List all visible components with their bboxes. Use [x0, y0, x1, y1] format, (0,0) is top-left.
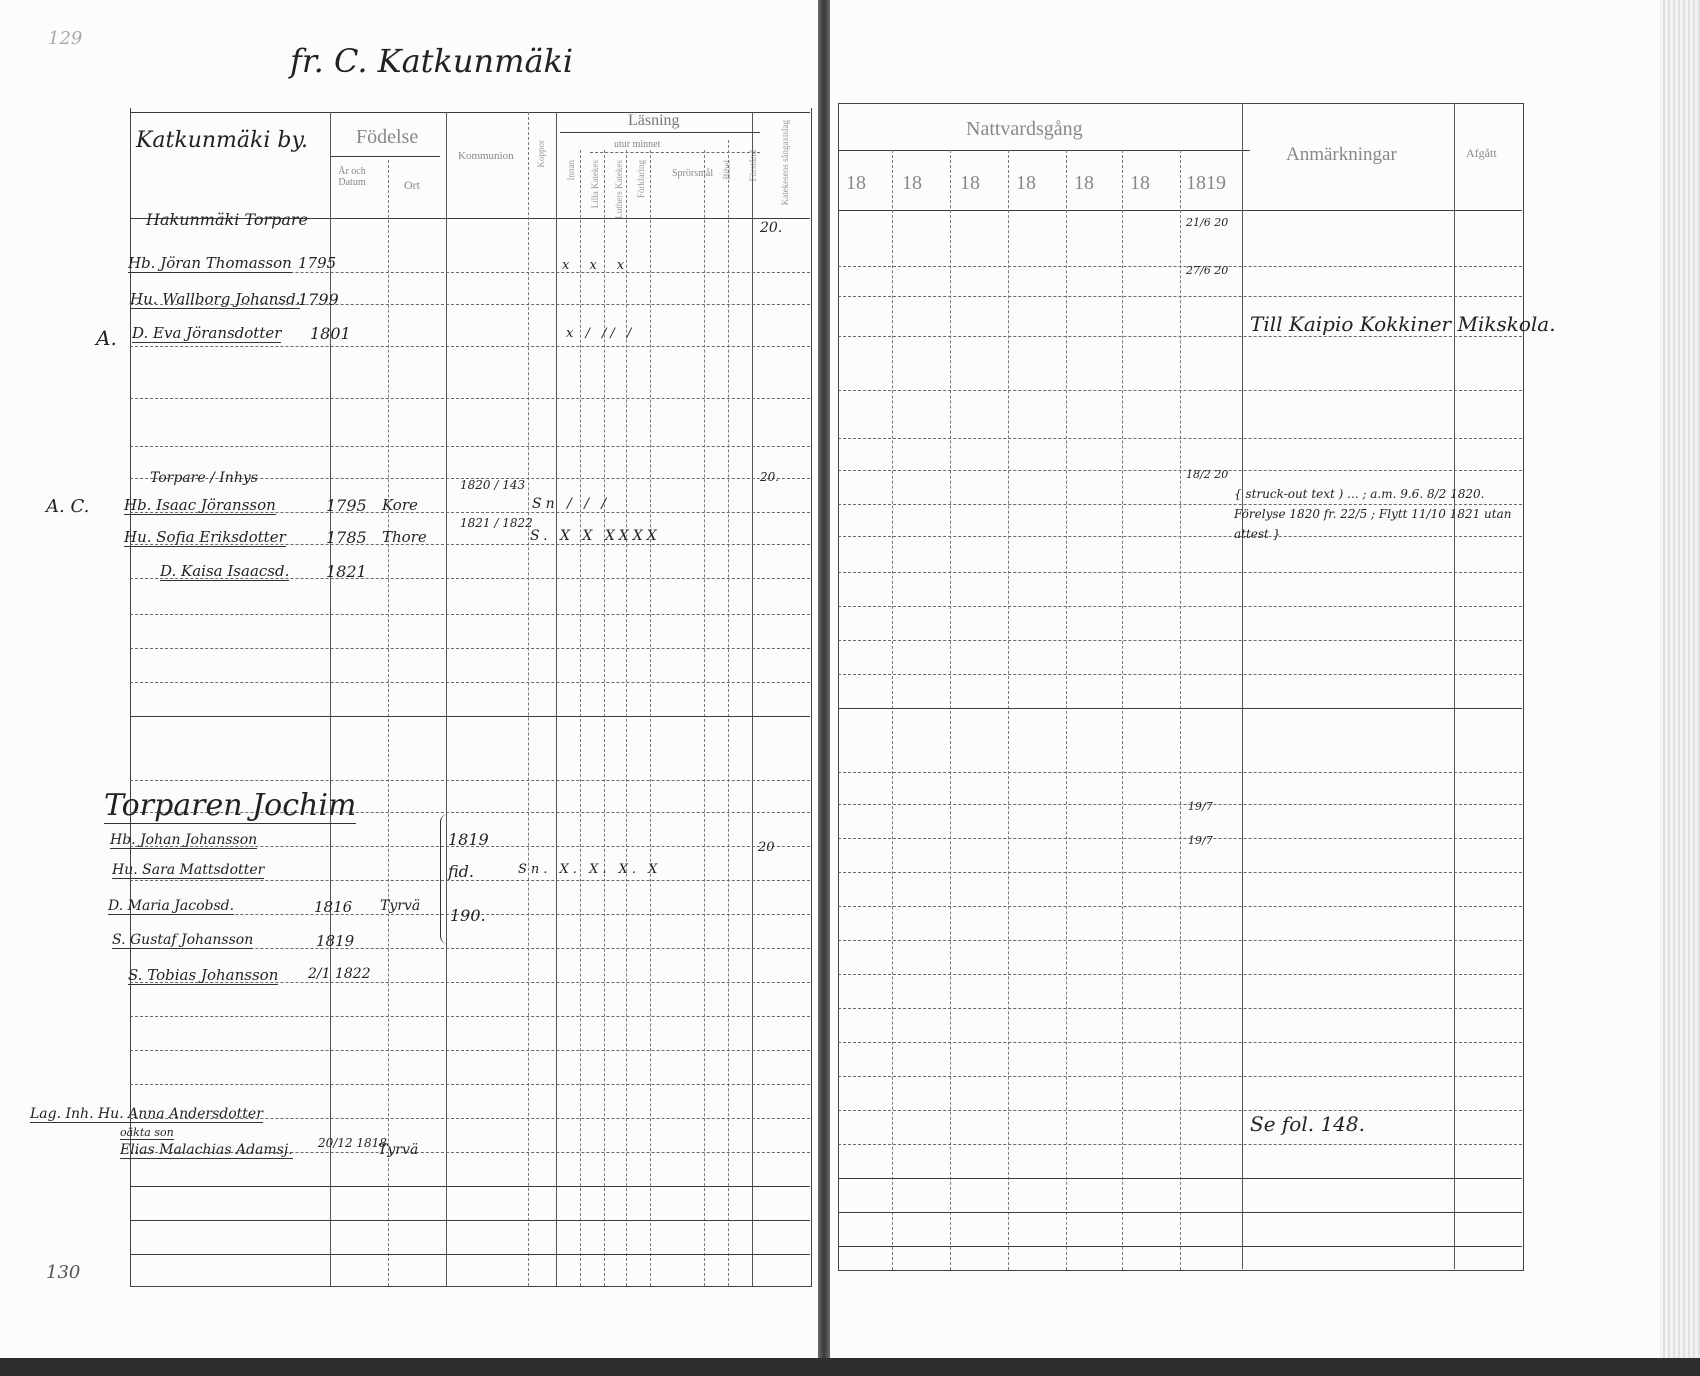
rule — [590, 152, 760, 153]
row-rule — [130, 682, 810, 683]
row-rule — [838, 572, 1522, 573]
section-heading: Torparen Jochim — [104, 788, 356, 824]
entry-name: S. Gustaf Johansson — [112, 932, 253, 949]
row-rule — [130, 716, 810, 717]
right-page: Nattvardsgång 18 18 18 18 18 18 1819 Anm… — [830, 0, 1700, 1360]
entry-birth: 1801 — [310, 324, 351, 343]
header-year-7: 1819 — [1186, 172, 1226, 195]
header-year-5: 18 — [1074, 172, 1094, 195]
entry-birth: 1785 — [326, 528, 367, 547]
header-reading-sub: utur minnet — [614, 139, 660, 150]
row-rule — [838, 674, 1522, 675]
row-rule — [838, 974, 1522, 975]
entry-communion: 190. — [450, 906, 486, 925]
col-divider — [604, 150, 605, 1286]
entry-name: Hu. Wallborg Johansd. — [130, 290, 300, 309]
entry-name: D. Kaisa Isaacsd. — [160, 562, 289, 581]
row-rule — [130, 1220, 810, 1221]
row-rule — [130, 614, 810, 615]
header-birth: Födelse — [356, 126, 418, 149]
row-rule — [838, 708, 1522, 709]
header-reading-col-3: Luthers Katekes — [614, 160, 624, 219]
col-divider — [1180, 150, 1181, 1270]
entry-communion: fid. — [448, 862, 474, 881]
col-divider — [330, 112, 331, 1286]
entry-name: Lag. Inh. Hu. Anna Andersdotter — [30, 1106, 263, 1123]
row-rule — [130, 1084, 810, 1085]
entry-place: Thore — [382, 528, 427, 546]
table-top-rule — [130, 112, 810, 113]
entry-reading-marks: x / // / — [566, 326, 635, 341]
row-rule — [838, 906, 1522, 907]
entry-birth: 1795 — [298, 254, 336, 272]
row-rule — [838, 940, 1522, 941]
entry-place: Tyrvä — [378, 1142, 418, 1158]
communion-mark: 19/7 — [1188, 800, 1213, 813]
col-divider — [728, 140, 729, 1286]
row-rule — [838, 1246, 1522, 1247]
book-gutter — [818, 0, 830, 1376]
col-divider — [752, 112, 753, 1286]
header-year-2: 18 — [902, 172, 922, 195]
col-divider — [704, 150, 705, 1286]
entry-reading-marks: S. X X XXXX — [530, 528, 661, 544]
col-divider — [1066, 150, 1067, 1270]
entry-birth: 1819 — [316, 932, 354, 950]
row-rule — [838, 1212, 1522, 1213]
catechism-value: 20. — [760, 470, 779, 484]
col-divider — [950, 150, 951, 1270]
entry-birth: 1821 — [326, 562, 367, 581]
rule — [560, 132, 760, 133]
row-rule — [838, 438, 1522, 439]
row-rule — [130, 648, 810, 649]
communion-mark: 21/6 20 — [1186, 216, 1228, 229]
entry-communion: 1819 — [448, 830, 489, 849]
section-heading: Torpare / Inhys — [150, 470, 258, 486]
row-rule — [130, 346, 810, 347]
row-rule — [838, 390, 1522, 391]
header-birth-place: Ort — [404, 178, 420, 193]
header-year-1: 18 — [846, 172, 866, 195]
col-divider — [1454, 103, 1455, 1269]
remark: Se fol. 148. — [1250, 1112, 1365, 1136]
page-number-top: 129 — [48, 28, 82, 49]
row-rule — [838, 1178, 1522, 1179]
row-rule — [130, 398, 810, 399]
entry-communion: 1820 / 143 — [460, 478, 525, 492]
col-divider — [1122, 150, 1123, 1270]
page-title: fr. C. Katkunmäki — [290, 42, 573, 80]
row-rule — [130, 1050, 810, 1051]
row-rule — [130, 446, 810, 447]
header-village: Katkunmäki by. — [136, 128, 308, 153]
rule — [838, 150, 1250, 151]
entry-name: oäkta son — [120, 1126, 174, 1140]
col-divider — [650, 150, 651, 1286]
header-birth-date: År och Datum — [334, 166, 370, 188]
row-rule — [130, 1254, 810, 1255]
header-vaccinated: Koppor — [536, 140, 546, 168]
row-rule — [130, 1016, 810, 1017]
header-communion-group: Nattvardsgång — [966, 118, 1083, 141]
row-rule — [838, 296, 1522, 297]
col-divider — [892, 150, 893, 1270]
entry-place: Kore — [382, 496, 418, 514]
header-reading-col-5: Sprörsmål — [672, 168, 713, 179]
header-year-3: 18 — [960, 172, 980, 195]
remark: { struck-out text ) ... ; a.m. 9.6. 8/2 … — [1234, 484, 1534, 544]
row-rule — [838, 336, 1522, 337]
row-rule — [838, 1110, 1522, 1111]
entry-name: Hu. Sara Mattsdotter — [112, 862, 264, 879]
col-divider — [1242, 103, 1243, 1269]
page-number-bottom: 130 — [46, 1262, 80, 1283]
row-rule — [130, 780, 810, 781]
row-rule — [838, 266, 1522, 267]
row-rule — [838, 470, 1522, 471]
communion-brace — [440, 814, 451, 944]
entry-birth: 1816 — [314, 898, 352, 916]
entry-communion: 1821 / 1822 — [460, 516, 533, 530]
row-rule — [838, 772, 1522, 773]
communion-mark: 27/6 20 — [1186, 264, 1228, 277]
entry-name: Hu. Sofia Eriksdotter — [124, 528, 286, 547]
entry-birth: 1795 — [326, 496, 367, 515]
col-divider — [528, 112, 529, 1286]
catechism-value: 20. — [760, 220, 782, 236]
col-divider — [446, 112, 447, 1286]
header-reading-col-6: Bibel — [722, 160, 732, 180]
entry-name: S. Tobias Johansson — [128, 966, 278, 985]
col-divider — [556, 112, 557, 1286]
entry-birth: 1799 — [298, 290, 339, 309]
row-rule — [838, 1076, 1522, 1077]
entry-name: D. Eva Jöransdotter — [132, 324, 281, 343]
entry-reading-marks: Sn / / / — [532, 496, 610, 512]
right-register-table — [838, 103, 1524, 1271]
entry-side-mark: A. C. — [46, 496, 89, 517]
entry-birth: 20/12 1818 — [318, 1136, 387, 1150]
entry-birth: 2/1 1822 — [308, 966, 371, 982]
header-reading-col-1: Innan — [566, 160, 576, 181]
row-rule — [838, 1144, 1522, 1145]
section-heading: Hakunmäki Torpare — [146, 210, 308, 229]
header-year-4: 18 — [1016, 172, 1036, 195]
book-page-edges — [1660, 0, 1700, 1376]
col-divider — [1008, 150, 1009, 1270]
row-rule — [130, 1186, 810, 1187]
header-reading-col-7: Förstånd — [748, 150, 758, 182]
header-remarks: Anmärkningar — [1286, 144, 1397, 166]
header-communion: Kommunion — [458, 150, 514, 162]
entry-place: Tyrvä — [380, 898, 420, 914]
row-rule — [838, 1042, 1522, 1043]
row-rule — [838, 838, 1522, 839]
rule — [330, 156, 440, 157]
header-catechism: Katekesens sångaxtslag — [780, 120, 790, 205]
left-page: 129 fr. C. Katkunmäki 130 Katkunmäki by.… — [0, 0, 818, 1360]
entry-reading-marks: Sn. X. X. X. X — [518, 862, 661, 877]
header-reading-col-4: Förklaring — [636, 160, 646, 198]
scan-bottom-edge — [0, 1358, 1700, 1376]
communion-mark: 18/2 20 — [1186, 468, 1228, 481]
remark: Till Kaipio Kokkiner Mikskola. — [1250, 312, 1556, 336]
entry-name: Hb. Johan Johansson — [110, 832, 257, 849]
col-divider — [580, 150, 581, 1286]
entry-name: Hb. Isaac Jöransson — [124, 496, 276, 515]
entry-side-mark: A. — [96, 326, 117, 350]
entry-name: Hb. Jöran Thomasson — [128, 254, 292, 273]
col-divider — [626, 150, 627, 1286]
catechism-value: 20 — [758, 840, 775, 855]
header-reading-col-2: Lilla Katekes — [590, 160, 600, 208]
row-rule — [838, 640, 1522, 641]
row-rule — [838, 872, 1522, 873]
entry-name: Elias Malachias Adamsj. — [120, 1142, 293, 1159]
header-reading: Läsning — [628, 112, 680, 130]
entry-name: D. Maria Jacobsd. — [108, 898, 234, 915]
header-departure: Afgått — [1466, 146, 1497, 161]
header-year-6: 18 — [1130, 172, 1150, 195]
row-rule — [838, 804, 1522, 805]
entry-reading-marks: x x x — [562, 258, 632, 273]
communion-mark: 19/7 — [1188, 834, 1213, 847]
row-rule — [838, 1008, 1522, 1009]
row-rule — [838, 606, 1522, 607]
